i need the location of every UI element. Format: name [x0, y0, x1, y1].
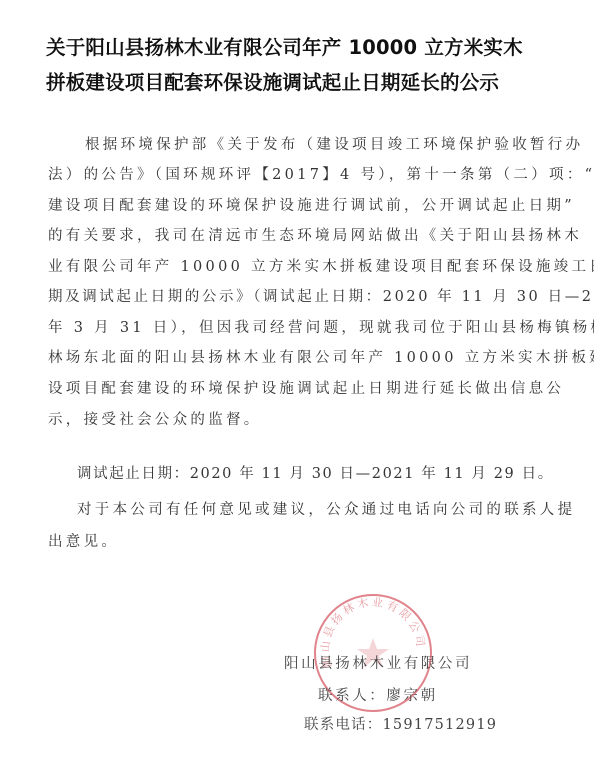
body-line: 年 3 月 31 日），但因我司经营问题，现就我司位于阳山县杨梅镇杨梅	[48, 316, 594, 337]
body-line: 期及调试起止日期的公示》（调试起止日期：2020 年 11 月 30 日—202…	[48, 285, 594, 306]
body-line: 的有关要求，我司在清远市生态环境局网站做出《关于阳山县扬林木	[48, 224, 582, 245]
title-line-2: 拼板建设项目配套环保设施调试起止日期延长的公示	[46, 67, 566, 95]
title-line-1: 关于阳山县扬林木业有限公司年产 10000 立方米实木	[46, 32, 566, 60]
body-line: 对于本公司有任何意见或建议，公众通过电话向公司的联系人提	[77, 498, 575, 519]
signature-contact: 联系人：廖宗朝	[318, 684, 438, 705]
body-line: 出意见。	[48, 530, 119, 551]
body-line: 业有限公司年产 10000 立方米实木拼板建设项目配套环保设施竣工日	[48, 255, 594, 276]
body-line: 林场东北面的阳山县扬林木业有限公司年产 10000 立方米实木拼板建	[48, 346, 594, 367]
body-line: 根据环境保护部《关于发布（建设项目竣工环境保护验收暂行办	[85, 133, 583, 154]
body-line: 设项目配套建设的环境保护设施调试起止日期进行延长做出信息公	[48, 377, 564, 398]
extension-dates: 调试起止日期：2020 年 11 月 30 日—2021 年 11 月 29 日…	[77, 462, 554, 483]
signature-company: 阳山县扬林木业有限公司	[284, 652, 472, 673]
signature-phone: 联系电话：15917512919	[304, 713, 497, 734]
body-line: 建设项目配套建设的环境保护设施进行调试前，公开调试起止日期”	[48, 194, 575, 215]
body-line: 示，接受社会公众的监督。	[48, 408, 262, 429]
body-line: 法）的公告》（国环规环评【2017】4 号），第十一条第（二）项：“对	[48, 163, 594, 184]
